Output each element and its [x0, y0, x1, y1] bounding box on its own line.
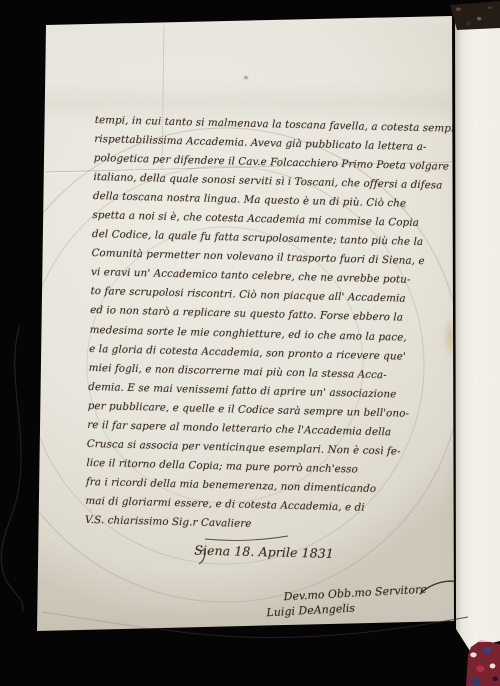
fold-crease-corner	[42, 612, 152, 629]
manuscript-photo: tempi, in cui tanto si malmenava la tosc…	[0, 0, 500, 686]
letter-body: tempi, in cui tanto si malmenava la tosc…	[84, 111, 462, 566]
letter-page: tempi, in cui tanto si malmenava la tosc…	[0, 0, 500, 686]
adjacent-page-edge	[453, 0, 500, 686]
ink-speck-stain	[244, 76, 248, 79]
